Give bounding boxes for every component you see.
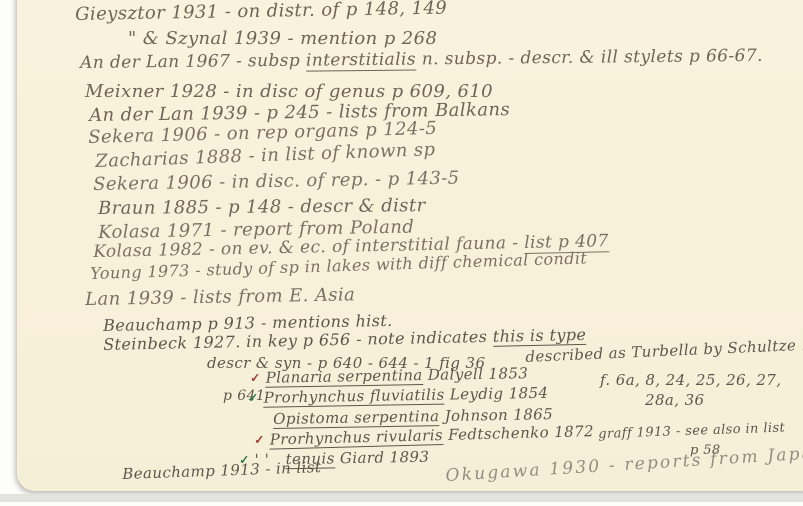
citation-okugawa-1930: Okugawa 1930 - reports from Japan — [445, 443, 803, 486]
checkmark-icon: ✓ — [254, 433, 265, 447]
scanner-edge — [0, 494, 803, 502]
citation-braun-1885: Braun 1885 - p 148 - descr & distr — [98, 195, 426, 219]
citation-gieysztor-1931: Gieysztor 1931 - on distr. of p 148, 149 — [75, 0, 447, 25]
checkmark-icon: ✓ — [248, 391, 259, 405]
citation-sekera-1906-disc-rep: Sekera 1906 - in disc. of rep. - p 143-5 — [93, 168, 460, 195]
citation-gieysztor-szynal-1939: " & Szynal 1939 - mention p 268 — [128, 28, 437, 49]
note-figure-refs-2: 28a, 36 — [645, 391, 704, 409]
note-graff-1913: graff 1913 - see also in list — [598, 420, 785, 442]
citation-an-der-lan-1967: An der Lan 1967 - subsp interstitialis n… — [80, 46, 763, 73]
note-figure-refs-1: f. 6a, 8, 24, 25, 26, 27, — [600, 371, 781, 389]
index-card: Gieysztor 1931 - on distr. of p 148, 149… — [17, 0, 803, 491]
citation-meixner-1928: Meixner 1928 - in disc of genus p 609, 6… — [85, 81, 493, 102]
citation-lan-1939: Lan 1939 - lists from E. Asia — [85, 284, 355, 310]
citation-beauchamp-1913: Beauchamp 1913 - in list — [122, 458, 322, 483]
synonym-planaria-serpentina: ✓Planaria serpentina Dalyell 1853 — [250, 364, 528, 387]
synonym-prorhynchus-fluviatilis: ✓Prorhynchus fluviatilis Leydig 1854 — [248, 384, 549, 407]
checkmark-icon: ✓ — [250, 371, 261, 385]
